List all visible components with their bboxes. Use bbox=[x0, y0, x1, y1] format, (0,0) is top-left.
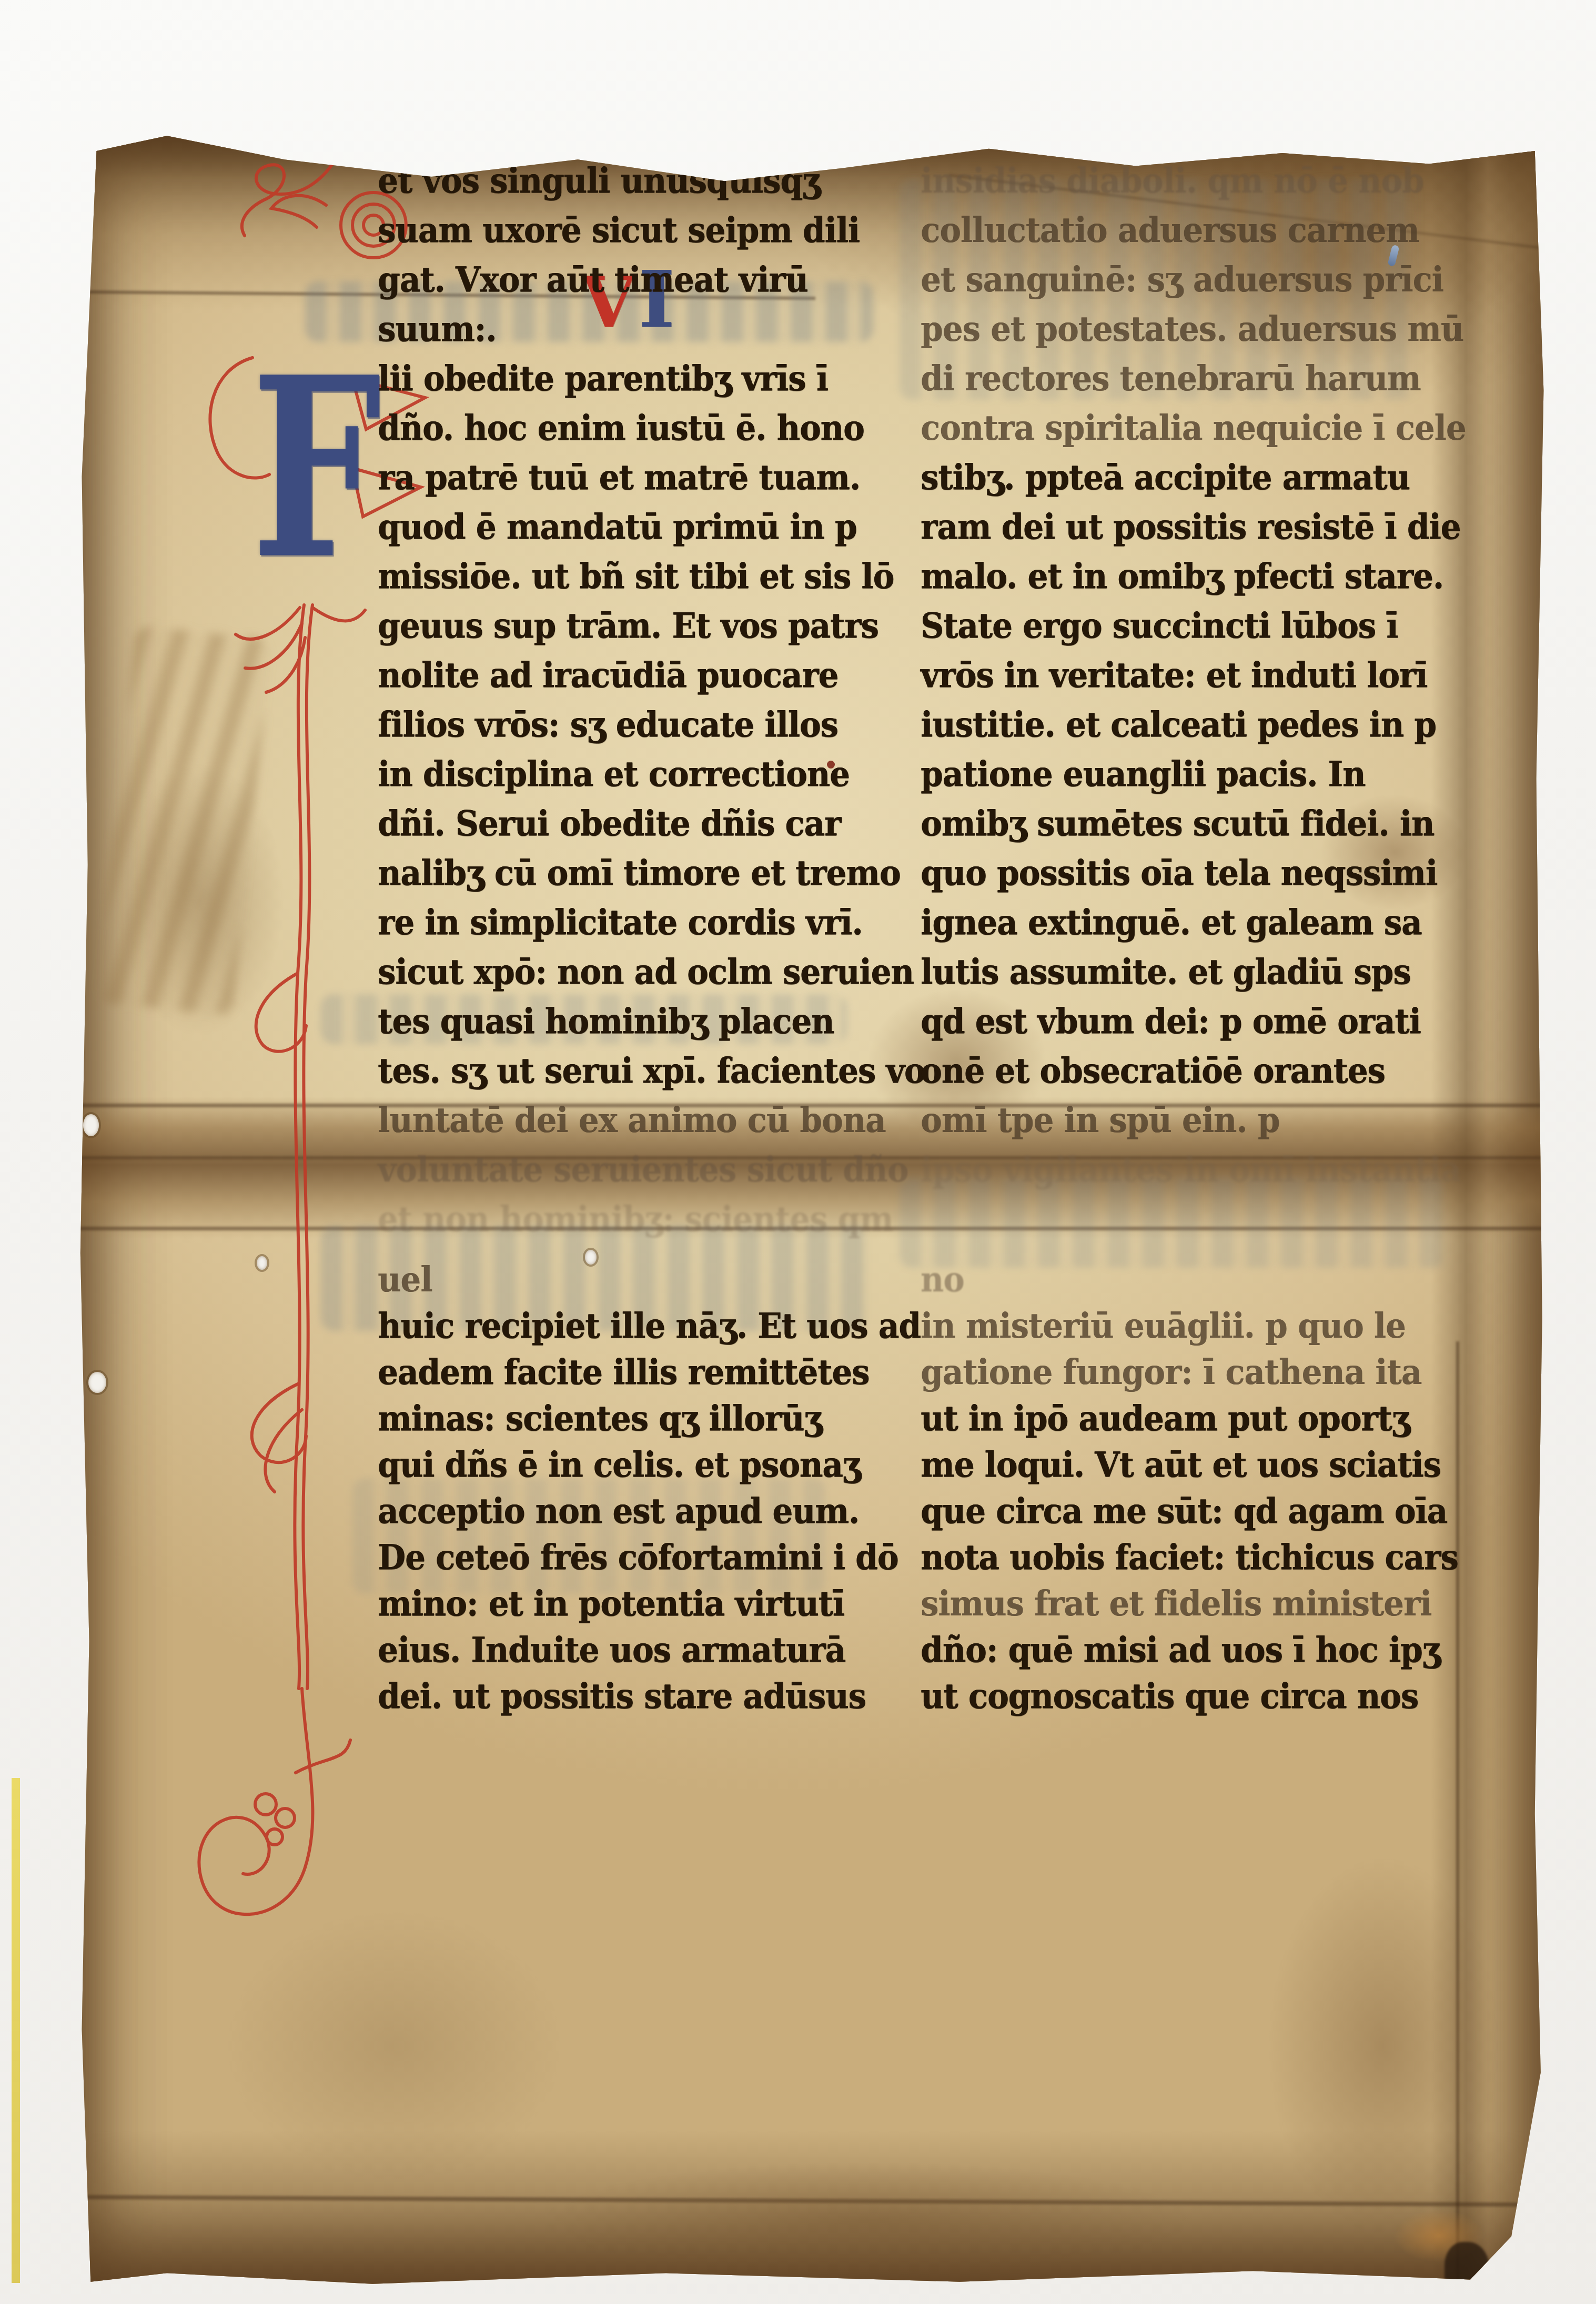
text-line: mino: et in potentia virtutī bbox=[378, 1580, 893, 1629]
ink-blot bbox=[1445, 2242, 1490, 2300]
text-line: ram dei ut possitis resistē ī die bbox=[921, 501, 1436, 554]
text-line: dño: quē misi ad uos ī hoc ipʒ bbox=[921, 1626, 1436, 1675]
text-line: que circa me sūt: qd agam oīa bbox=[921, 1487, 1436, 1536]
text-line: insidias diaboli. qm nō ē nob bbox=[921, 155, 1436, 208]
text-column-top-left: et vos singuli unusquisqʒsuam uxorē sicu… bbox=[378, 157, 893, 1245]
red-ink-dot bbox=[827, 761, 835, 769]
text-line: minas: scientes qʒ illorūʒ bbox=[378, 1394, 893, 1443]
text-line: simus frat et fidelis ministeri bbox=[921, 1580, 1436, 1629]
text-line: nalibʒ cū omī timore et tremo bbox=[378, 847, 893, 900]
text-line: lutis assumite. et gladiū sps bbox=[921, 946, 1436, 999]
stain bbox=[116, 763, 284, 1036]
text-line: re in simplicitate cordis vrī. bbox=[378, 897, 893, 949]
text-line: onē et obsecratiōē orantes bbox=[921, 1045, 1436, 1098]
ghost-marginalia bbox=[96, 625, 272, 1016]
text-line: tes. sʒ ut serui xpī. facientes vo bbox=[378, 1045, 893, 1098]
text-line: eius. Induite uos armaturā bbox=[378, 1626, 893, 1675]
text-line: gatione fungor: ī cathena ita bbox=[921, 1348, 1436, 1397]
text-line: nota uobis faciet: tichicus cars bbox=[921, 1533, 1436, 1582]
text-line: qd est vbum dei: p omē orati bbox=[921, 996, 1436, 1048]
scan-edge-artifact bbox=[12, 1778, 20, 2283]
white-speck bbox=[585, 1250, 597, 1265]
text-line: in disciplina et correctione bbox=[378, 749, 893, 801]
text-line: eadem facite illis remittētes bbox=[378, 1348, 893, 1397]
sewing-hole bbox=[88, 1372, 106, 1393]
text-line: acceptio non est apud eum. bbox=[378, 1487, 893, 1536]
text-line: ignea extinguē. et galeam sa bbox=[921, 897, 1436, 949]
text-line: ipso vigilantes in omī instantia bbox=[921, 1144, 1436, 1197]
manuscript-leaf: F VI et vos singuli unusquisqʒsuam uxorē… bbox=[79, 132, 1547, 2288]
text-line: missiōe. ut bñ sit tibi et sis lō bbox=[378, 551, 893, 603]
text-line: ut cognoscatis que circa nos bbox=[921, 1672, 1436, 1721]
vertical-fold-right bbox=[1431, 132, 1510, 2288]
filigree-top-curl bbox=[242, 147, 342, 236]
text-line: suum:. bbox=[378, 304, 893, 356]
text-line: qui dñs ē in celis. et psonaʒ bbox=[378, 1441, 893, 1490]
text-line: geuus sup trām. Et vos patrs bbox=[378, 600, 893, 653]
text-line: in misteriū euāglii. p quo le bbox=[921, 1302, 1436, 1351]
stain bbox=[542, 2162, 1194, 2278]
text-line: di rectores tenebrarū harum bbox=[921, 353, 1436, 406]
text-line: et non hominibʒ: scientes qm bbox=[378, 1194, 893, 1246]
text-line: huic recipiet ille nāʒ. Et uos ad bbox=[378, 1302, 893, 1351]
text-line: patione euanglii pacis. In bbox=[921, 749, 1436, 801]
text-line: De ceteō frēs cōfortamini i dō bbox=[378, 1533, 893, 1582]
text-line: colluctatio aduersus carnem bbox=[921, 205, 1436, 257]
text-column-bottom-left: uelhuic recipiet ille nāʒ. Et uos adeade… bbox=[378, 1257, 893, 1720]
filigree-tail bbox=[199, 1689, 312, 1914]
text-line: malo. et in omibʒ pfecti stare. bbox=[921, 551, 1436, 603]
text-line: quo possitis oīa tela neqssimi bbox=[921, 847, 1436, 900]
text-line: quod ē mandatū primū in p bbox=[378, 501, 893, 554]
text-line: uel bbox=[378, 1256, 893, 1305]
text-line: nolite ad iracūdiā puocare bbox=[378, 650, 893, 702]
text-line: vrōs in veritate: et induti lorī bbox=[921, 650, 1436, 702]
filigree-stem bbox=[295, 605, 304, 1689]
white-speck bbox=[257, 1256, 267, 1270]
stain bbox=[1268, 1857, 1499, 2236]
text-line: pes et potestates. aduersus mū bbox=[921, 304, 1436, 356]
text-line: dñi. Serui obedite dñis car bbox=[378, 798, 893, 851]
text-line: me loqui. Vt aūt et uos sciatis bbox=[921, 1441, 1436, 1490]
text-line: State ergo succincti lūbos ī bbox=[921, 600, 1436, 653]
text-line: omibʒ sumētes scutū fidei. in bbox=[921, 798, 1436, 851]
text-column-top-right: insidias diaboli. qm nō ē nobcolluctatio… bbox=[921, 157, 1436, 1195]
text-line: luntatē dei ex animo cū bona bbox=[378, 1095, 893, 1147]
text-line: gat. Vxor aūt timeat virū bbox=[378, 254, 893, 307]
text-line: tes quasi hominibʒ placen bbox=[378, 996, 893, 1048]
text-line: stibʒ. ppteā accipite armatu bbox=[921, 452, 1436, 504]
stain bbox=[226, 1909, 563, 2183]
text-line: suam uxorē sicut seipm dili bbox=[378, 205, 893, 257]
text-line: et vos singuli unusquisqʒ bbox=[378, 155, 893, 208]
text-line: dei. ut possitis stare adūsus bbox=[378, 1672, 893, 1721]
crease-line bbox=[1456, 1341, 1459, 2283]
text-line: sicut xpō: non ad oclm seruien bbox=[378, 946, 893, 999]
text-column-bottom-right: noin misteriū euāglii. p quo legatione f… bbox=[921, 1257, 1436, 1720]
text-line: dño. hoc enim iustū ē. hono bbox=[378, 402, 893, 455]
text-line: omī tpe in spū ein. p bbox=[921, 1095, 1436, 1147]
darkened-bottom-edge bbox=[79, 2130, 1547, 2288]
text-line: ra patrē tuū et matrē tuam. bbox=[378, 452, 893, 504]
text-line: filios vrōs: sʒ educate illos bbox=[378, 699, 893, 752]
text-line: voluntate seruientes sicut dño bbox=[378, 1144, 893, 1197]
text-line: contra spiritalia nequicie ī cele bbox=[921, 402, 1436, 455]
text-line: et sanguinē: sʒ aduersus prīci bbox=[921, 254, 1436, 307]
text-line: ut in ipō audeam put oportʒ bbox=[921, 1394, 1436, 1443]
text-line: no bbox=[921, 1256, 1436, 1305]
scanner-background: F VI et vos singuli unusquisqʒsuam uxorē… bbox=[0, 0, 1596, 2304]
initial-letter-F: F bbox=[251, 342, 381, 594]
text-line: lii obedite parentibʒ vrīs ī bbox=[378, 353, 893, 406]
sewing-hole bbox=[83, 1114, 99, 1136]
crease-line bbox=[79, 2195, 1547, 2207]
text-line: iustitie. et calceati pedes in p bbox=[921, 699, 1436, 752]
